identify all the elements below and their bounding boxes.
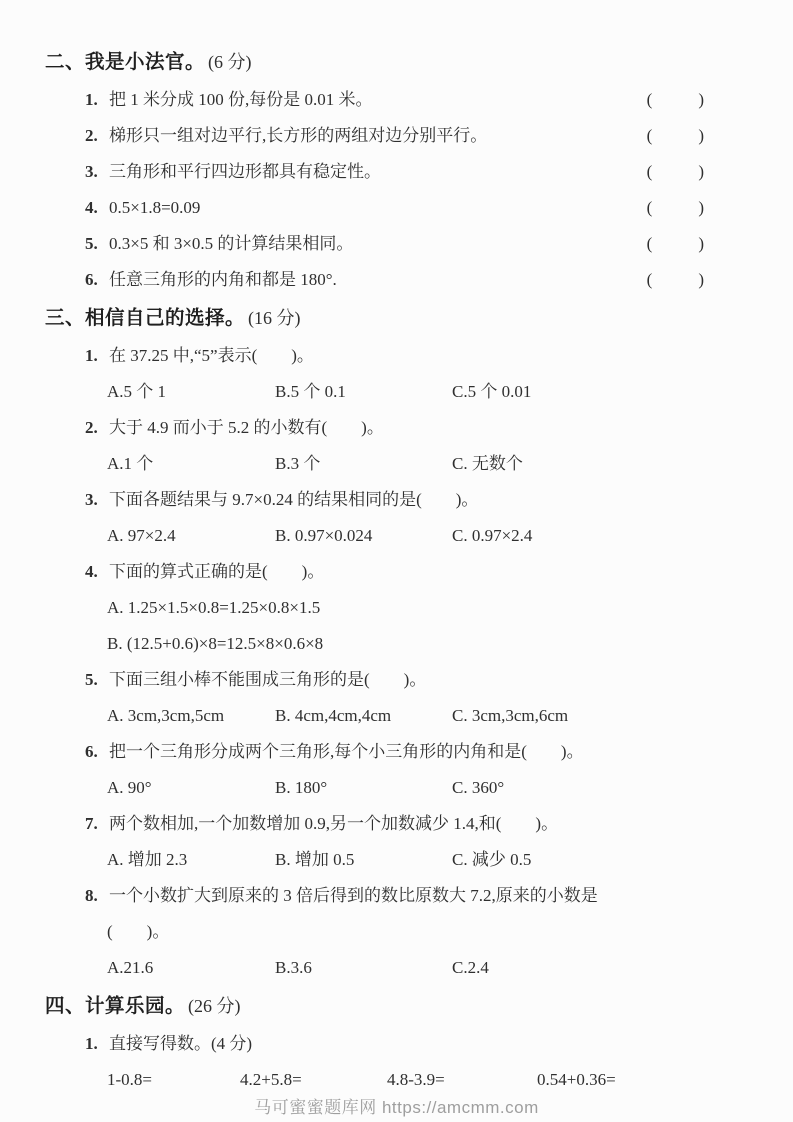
question-number: 7. xyxy=(85,806,109,842)
section-4-title: 四、计算乐园。 xyxy=(45,986,185,1026)
question-text: 梯形只一组对边平行,长方形的两组对边分别平行。 xyxy=(109,118,647,154)
calc-expression: 1-0.8= xyxy=(107,1062,240,1098)
option-a: A. 97×2.4 xyxy=(107,518,275,554)
choice-question-8: 8. 一个小数扩大到原来的 3 倍后得到的数比原数大 7.2,原来的小数是 xyxy=(45,878,748,914)
option-c: C. 360° xyxy=(452,770,748,806)
true-false-item-3: 3. 三角形和平行四边形都具有稳定性。 ( ) xyxy=(45,154,748,190)
option-a: A. 1.25×1.5×0.8=1.25×0.8×1.5 xyxy=(107,590,320,626)
option-b: B.5 个 0.1 xyxy=(275,374,452,410)
true-false-item-2: 2. 梯形只一组对边平行,长方形的两组对边分别平行。 ( ) xyxy=(45,118,748,154)
option-c: C. 0.97×2.4 xyxy=(452,518,748,554)
options-row-7: A. 增加 2.3 B. 增加 0.5 C. 减少 0.5 xyxy=(45,842,748,878)
option-c: C.2.4 xyxy=(452,950,748,986)
answer-parens: ( ) xyxy=(647,226,708,262)
calc-expression: 4.8-3.9= xyxy=(387,1062,537,1098)
answer-parens: ( )。 xyxy=(107,914,169,950)
question-number: 6. xyxy=(85,262,109,298)
choice-question-2: 2. 大于 4.9 而小于 5.2 的小数有( )。 xyxy=(45,410,748,446)
option-a: A.21.6 xyxy=(107,950,275,986)
question-text: 下面的算式正确的是( )。 xyxy=(109,554,748,590)
calc-subsection-1: 1. 直接写得数。 (4 分) xyxy=(45,1026,748,1062)
question-text: 大于 4.9 而小于 5.2 的小数有( )。 xyxy=(109,410,748,446)
option-a: A. 增加 2.3 xyxy=(107,842,275,878)
question-text: 直接写得数。 xyxy=(109,1026,211,1062)
calc-expressions-row: 1-0.8= 4.2+5.8= 4.8-3.9= 0.54+0.36= xyxy=(45,1062,748,1098)
calc-expression: 4.2+5.8= xyxy=(240,1062,387,1098)
section-4-points: (26 分) xyxy=(185,986,241,1026)
section-2-points: (6 分) xyxy=(205,42,252,82)
options-row-3: A. 97×2.4 B. 0.97×0.024 C. 0.97×2.4 xyxy=(45,518,748,554)
question-number: 1. xyxy=(85,82,109,118)
question-text: 三角形和平行四边形都具有稳定性。 xyxy=(109,154,647,190)
question-number: 5. xyxy=(85,226,109,262)
answer-parens: ( ) xyxy=(647,82,708,118)
section-4-heading: 四、计算乐园。 (26 分) xyxy=(45,986,748,1026)
option-c: C. 无数个 xyxy=(452,446,748,482)
question-number: 1. xyxy=(85,1026,109,1062)
section-3-heading: 三、相信自己的选择。 (16 分) xyxy=(45,298,748,338)
question-number: 3. xyxy=(85,482,109,518)
option-a: A. 90° xyxy=(107,770,275,806)
choice-question-5: 5. 下面三组小棒不能围成三角形的是( )。 xyxy=(45,662,748,698)
question-text: 0.3×5 和 3×0.5 的计算结果相同。 xyxy=(109,226,647,262)
question-number: 4. xyxy=(85,554,109,590)
question-8-continuation: ( )。 xyxy=(45,914,748,950)
choice-question-1: 1. 在 37.25 中,“5”表示( )。 xyxy=(45,338,748,374)
option-b: B. 0.97×0.024 xyxy=(275,518,452,554)
option-b-stacked: B. (12.5+0.6)×8=12.5×8×0.6×8 xyxy=(45,626,748,662)
sub-points: (4 分) xyxy=(211,1026,252,1062)
options-row-2: A.1 个 B.3 个 C. 无数个 xyxy=(45,446,748,482)
question-number: 6. xyxy=(85,734,109,770)
option-a: A. 3cm,3cm,5cm xyxy=(107,698,275,734)
option-c: C. 减少 0.5 xyxy=(452,842,748,878)
question-text: 任意三角形的内角和都是 180°. xyxy=(109,262,647,298)
option-a: A.5 个 1 xyxy=(107,374,275,410)
option-b: B. 增加 0.5 xyxy=(275,842,452,878)
choice-question-3: 3. 下面各题结果与 9.7×0.24 的结果相同的是( )。 xyxy=(45,482,748,518)
option-b: B.3 个 xyxy=(275,446,452,482)
options-row-1: A.5 个 1 B.5 个 0.1 C.5 个 0.01 xyxy=(45,374,748,410)
option-a: A.1 个 xyxy=(107,446,275,482)
section-2-heading: 二、我是小法官。 (6 分) xyxy=(45,42,748,82)
option-b: B. 180° xyxy=(275,770,452,806)
question-text: 0.5×1.8=0.09 xyxy=(109,190,647,226)
true-false-item-6: 6. 任意三角形的内角和都是 180°. ( ) xyxy=(45,262,748,298)
question-number: 2. xyxy=(85,118,109,154)
footer-watermark: 马可蜜蜜题库网 https://amcmm.com xyxy=(45,1098,748,1122)
option-b: B. 4cm,4cm,4cm xyxy=(275,698,452,734)
exam-page: 二、我是小法官。 (6 分) 1. 把 1 米分成 100 份,每份是 0.01… xyxy=(0,0,793,1122)
options-row-6: A. 90° B. 180° C. 360° xyxy=(45,770,748,806)
choice-question-4: 4. 下面的算式正确的是( )。 xyxy=(45,554,748,590)
section-3-points: (16 分) xyxy=(245,298,301,338)
question-text: 把一个三角形分成两个三角形,每个小三角形的内角和是( )。 xyxy=(109,734,748,770)
question-text: 下面三组小棒不能围成三角形的是( )。 xyxy=(109,662,748,698)
true-false-item-1: 1. 把 1 米分成 100 份,每份是 0.01 米。 ( ) xyxy=(45,82,748,118)
question-text: 一个小数扩大到原来的 3 倍后得到的数比原数大 7.2,原来的小数是 xyxy=(109,878,748,914)
question-number: 3. xyxy=(85,154,109,190)
options-row-8: A.21.6 B.3.6 C.2.4 xyxy=(45,950,748,986)
option-c: C. 3cm,3cm,6cm xyxy=(452,698,748,734)
answer-parens: ( ) xyxy=(647,154,708,190)
option-c: C.5 个 0.01 xyxy=(452,374,748,410)
question-number: 4. xyxy=(85,190,109,226)
question-number: 8. xyxy=(85,878,109,914)
answer-parens: ( ) xyxy=(647,118,708,154)
question-text: 下面各题结果与 9.7×0.24 的结果相同的是( )。 xyxy=(109,482,748,518)
option-b: B.3.6 xyxy=(275,950,452,986)
question-text: 两个数相加,一个加数增加 0.9,另一个加数减少 1.4,和( )。 xyxy=(109,806,748,842)
question-text: 把 1 米分成 100 份,每份是 0.01 米。 xyxy=(109,82,647,118)
answer-parens: ( ) xyxy=(647,262,708,298)
question-number: 5. xyxy=(85,662,109,698)
question-text: 在 37.25 中,“5”表示( )。 xyxy=(109,338,748,374)
option-b: B. (12.5+0.6)×8=12.5×8×0.6×8 xyxy=(107,626,323,662)
section-3-title: 三、相信自己的选择。 xyxy=(45,298,245,338)
choice-question-7: 7. 两个数相加,一个加数增加 0.9,另一个加数减少 1.4,和( )。 xyxy=(45,806,748,842)
true-false-item-5: 5. 0.3×5 和 3×0.5 的计算结果相同。 ( ) xyxy=(45,226,748,262)
question-number: 1. xyxy=(85,338,109,374)
choice-question-6: 6. 把一个三角形分成两个三角形,每个小三角形的内角和是( )。 xyxy=(45,734,748,770)
question-number: 2. xyxy=(85,410,109,446)
true-false-item-4: 4. 0.5×1.8=0.09 ( ) xyxy=(45,190,748,226)
options-row-5: A. 3cm,3cm,5cm B. 4cm,4cm,4cm C. 3cm,3cm… xyxy=(45,698,748,734)
answer-parens: ( ) xyxy=(647,190,708,226)
section-2-title: 二、我是小法官。 xyxy=(45,42,205,82)
option-a-stacked: A. 1.25×1.5×0.8=1.25×0.8×1.5 xyxy=(45,590,748,626)
calc-expression: 0.54+0.36= xyxy=(537,1062,748,1098)
